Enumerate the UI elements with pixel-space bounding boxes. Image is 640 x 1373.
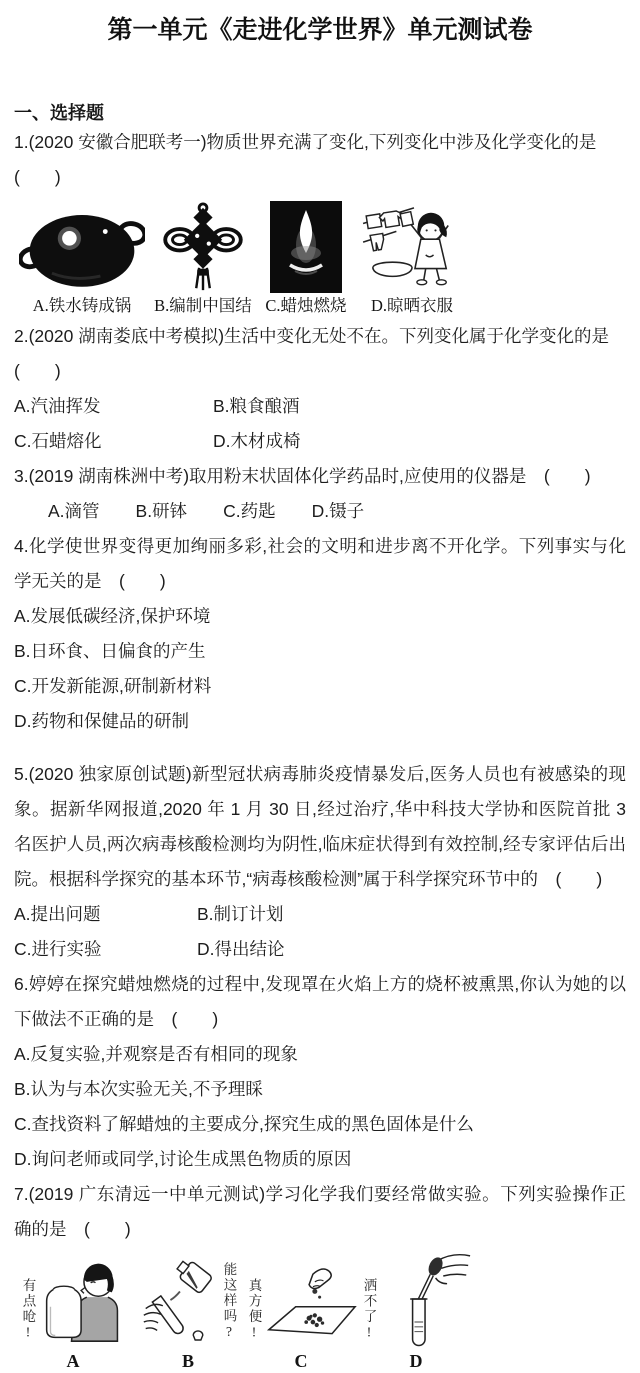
- drying-clothes-image: [356, 201, 468, 293]
- q6-option-b: B.认为与本次实验无关,不予理睬: [14, 1072, 626, 1107]
- question-7-figure-options: 有点呛! A: [14, 1249, 626, 1373]
- q4-option-c: C.开发新能源,研制新材料: [14, 669, 626, 704]
- pouring-liquid-into-handheld-tube-icon: [140, 1253, 218, 1349]
- q6-option-a: A.反复实验,并观察是否有相同的现象: [14, 1037, 626, 1072]
- question-2-options: A.汽油挥发 B.粮食酿酒 C.石蜡熔化 D.木材成椅: [14, 389, 626, 459]
- q7-option-a-figure: 有点呛! A: [14, 1249, 132, 1373]
- q3-option-b: B.研钵: [136, 494, 188, 529]
- burning-candle-image: [256, 201, 356, 293]
- iron-wok-image: [14, 201, 150, 293]
- q7-option-c-figure: 真方便! C: [244, 1249, 358, 1373]
- q1-option-d-caption: D.晾晒衣服: [356, 293, 468, 319]
- boy-smelling-jar-image: 有点呛!: [14, 1249, 132, 1349]
- q7-b-speech-text: 能这样吗?: [221, 1262, 237, 1349]
- dropper-into-test-tube-icon: [380, 1249, 472, 1349]
- question-1-figure-options: A.铁水铸成锅 B.编制中国结: [14, 201, 626, 319]
- question-5-options: A.提出问题 B.制订计划 C.进行实验 D.得出结论: [14, 897, 626, 967]
- q3-option-a: A.滴管: [48, 494, 100, 529]
- q1-option-b-figure: B.编制中国结: [150, 201, 256, 319]
- q1-option-a-caption: A.铁水铸成锅: [14, 293, 150, 319]
- q2-option-d: D.木材成椅: [213, 424, 626, 459]
- burning-candle-icon: [270, 201, 342, 293]
- q1-option-d-figure: D.晾晒衣服: [356, 201, 468, 319]
- dropper-test-tube-image: 洒不了!: [358, 1249, 474, 1349]
- question-5-stem: 5.(2020 独家原创试题)新型冠状病毒肺炎疫情暴发后,医务人员也有被感染的现…: [14, 757, 626, 897]
- q4-option-b: B.日环食、日偏食的产生: [14, 634, 626, 669]
- q2-option-c: C.石蜡熔化: [14, 424, 213, 459]
- page-title: 第一单元《走进化学世界》单元测试卷: [14, 0, 626, 46]
- q5-option-d: D.得出结论: [197, 932, 626, 967]
- question-2-answer-bracket: ( ): [14, 354, 626, 389]
- question-1-stem: 1.(2020 安徽合肥联考一)物质世界充满了变化,下列变化中涉及化学变化的是: [14, 125, 626, 160]
- q1-option-a-figure: A.铁水铸成锅: [14, 201, 150, 319]
- test-paper-page: 第一单元《走进化学世界》单元测试卷 一、选择题 1.(2020 安徽合肥联考一)…: [0, 0, 640, 1373]
- q2-option-a: A.汽油挥发: [14, 389, 213, 424]
- boy-smelling-jar-icon: [39, 1253, 127, 1349]
- q7-a-speech-text: 有点呛!: [20, 1278, 36, 1350]
- q5-option-c: C.进行实验: [14, 932, 197, 967]
- placing-solid-on-paper-icon: [265, 1253, 357, 1349]
- q7-option-b-letter: B: [132, 1349, 244, 1373]
- q7-option-a-letter: A: [14, 1349, 132, 1373]
- q4-option-d: D.药物和保健品的研制: [14, 704, 626, 739]
- q3-option-c: C.药匙: [223, 494, 276, 529]
- question-4-stem: 4.化学使世界变得更加绚丽多彩,社会的文明和进步离不开化学。下列事实与化学无关的…: [14, 529, 626, 599]
- chinese-knot-image: [150, 201, 256, 293]
- drying-clothes-icon: [360, 203, 465, 293]
- q7-c-speech-text: 真方便!: [246, 1278, 262, 1350]
- iron-wok-icon: [19, 203, 145, 293]
- question-3-options: A.滴管 B.研钵 C.药匙 D.镊子: [14, 494, 626, 529]
- section-heading-multiple-choice: 一、选择题: [14, 101, 626, 125]
- q2-option-b: B.粮食酿酒: [213, 389, 626, 424]
- q1-option-c-caption: C.蜡烛燃烧: [256, 293, 356, 319]
- q6-option-d: D.询问老师或同学,讨论生成黑色物质的原因: [14, 1142, 626, 1177]
- chinese-knot-icon: [163, 201, 243, 293]
- q7-option-c-letter: C: [244, 1349, 358, 1373]
- q3-option-d: D.镊子: [312, 494, 365, 529]
- question-3-stem: 3.(2019 湖南株洲中考)取用粉末状固体化学药品时,应使用的仪器是 ( ): [14, 459, 626, 494]
- question-1-answer-bracket: ( ): [14, 160, 626, 195]
- q6-option-c: C.查找资料了解蜡烛的主要成分,探究生成的黑色固体是什么: [14, 1107, 626, 1142]
- q5-option-b: B.制订计划: [197, 897, 626, 932]
- question-6-stem: 6.婷婷在探究蜡烛燃烧的过程中,发现罩在火焰上方的烧杯被熏黑,你认为她的以下做法…: [14, 967, 626, 1037]
- q1-option-c-figure: C.蜡烛燃烧: [256, 201, 356, 319]
- q4-option-a: A.发展低碳经济,保护环境: [14, 599, 626, 634]
- question-2-stem: 2.(2020 湖南娄底中考模拟)生活中变化无处不在。下列变化属于化学变化的是: [14, 319, 626, 354]
- q7-option-b-figure: 能这样吗? B: [132, 1249, 244, 1373]
- question-6-options: A.反复实验,并观察是否有相同的现象 B.认为与本次实验无关,不予理睬 C.查找…: [14, 1037, 626, 1177]
- pouring-liquid-image: 能这样吗?: [132, 1249, 244, 1349]
- q7-option-d-figure: 洒不了! D: [358, 1249, 474, 1373]
- solid-on-paper-image: 真方便!: [244, 1249, 358, 1349]
- q7-d-speech-text: 洒不了!: [361, 1278, 377, 1350]
- question-4-options: A.发展低碳经济,保护环境 B.日环食、日偏食的产生 C.开发新能源,研制新材料…: [14, 599, 626, 739]
- q5-option-a: A.提出问题: [14, 897, 197, 932]
- question-7-stem: 7.(2019 广东清远一中单元测试)学习化学我们要经常做实验。下列实验操作正确…: [14, 1177, 626, 1247]
- q7-option-d-letter: D: [358, 1349, 474, 1373]
- q1-option-b-caption: B.编制中国结: [150, 293, 256, 319]
